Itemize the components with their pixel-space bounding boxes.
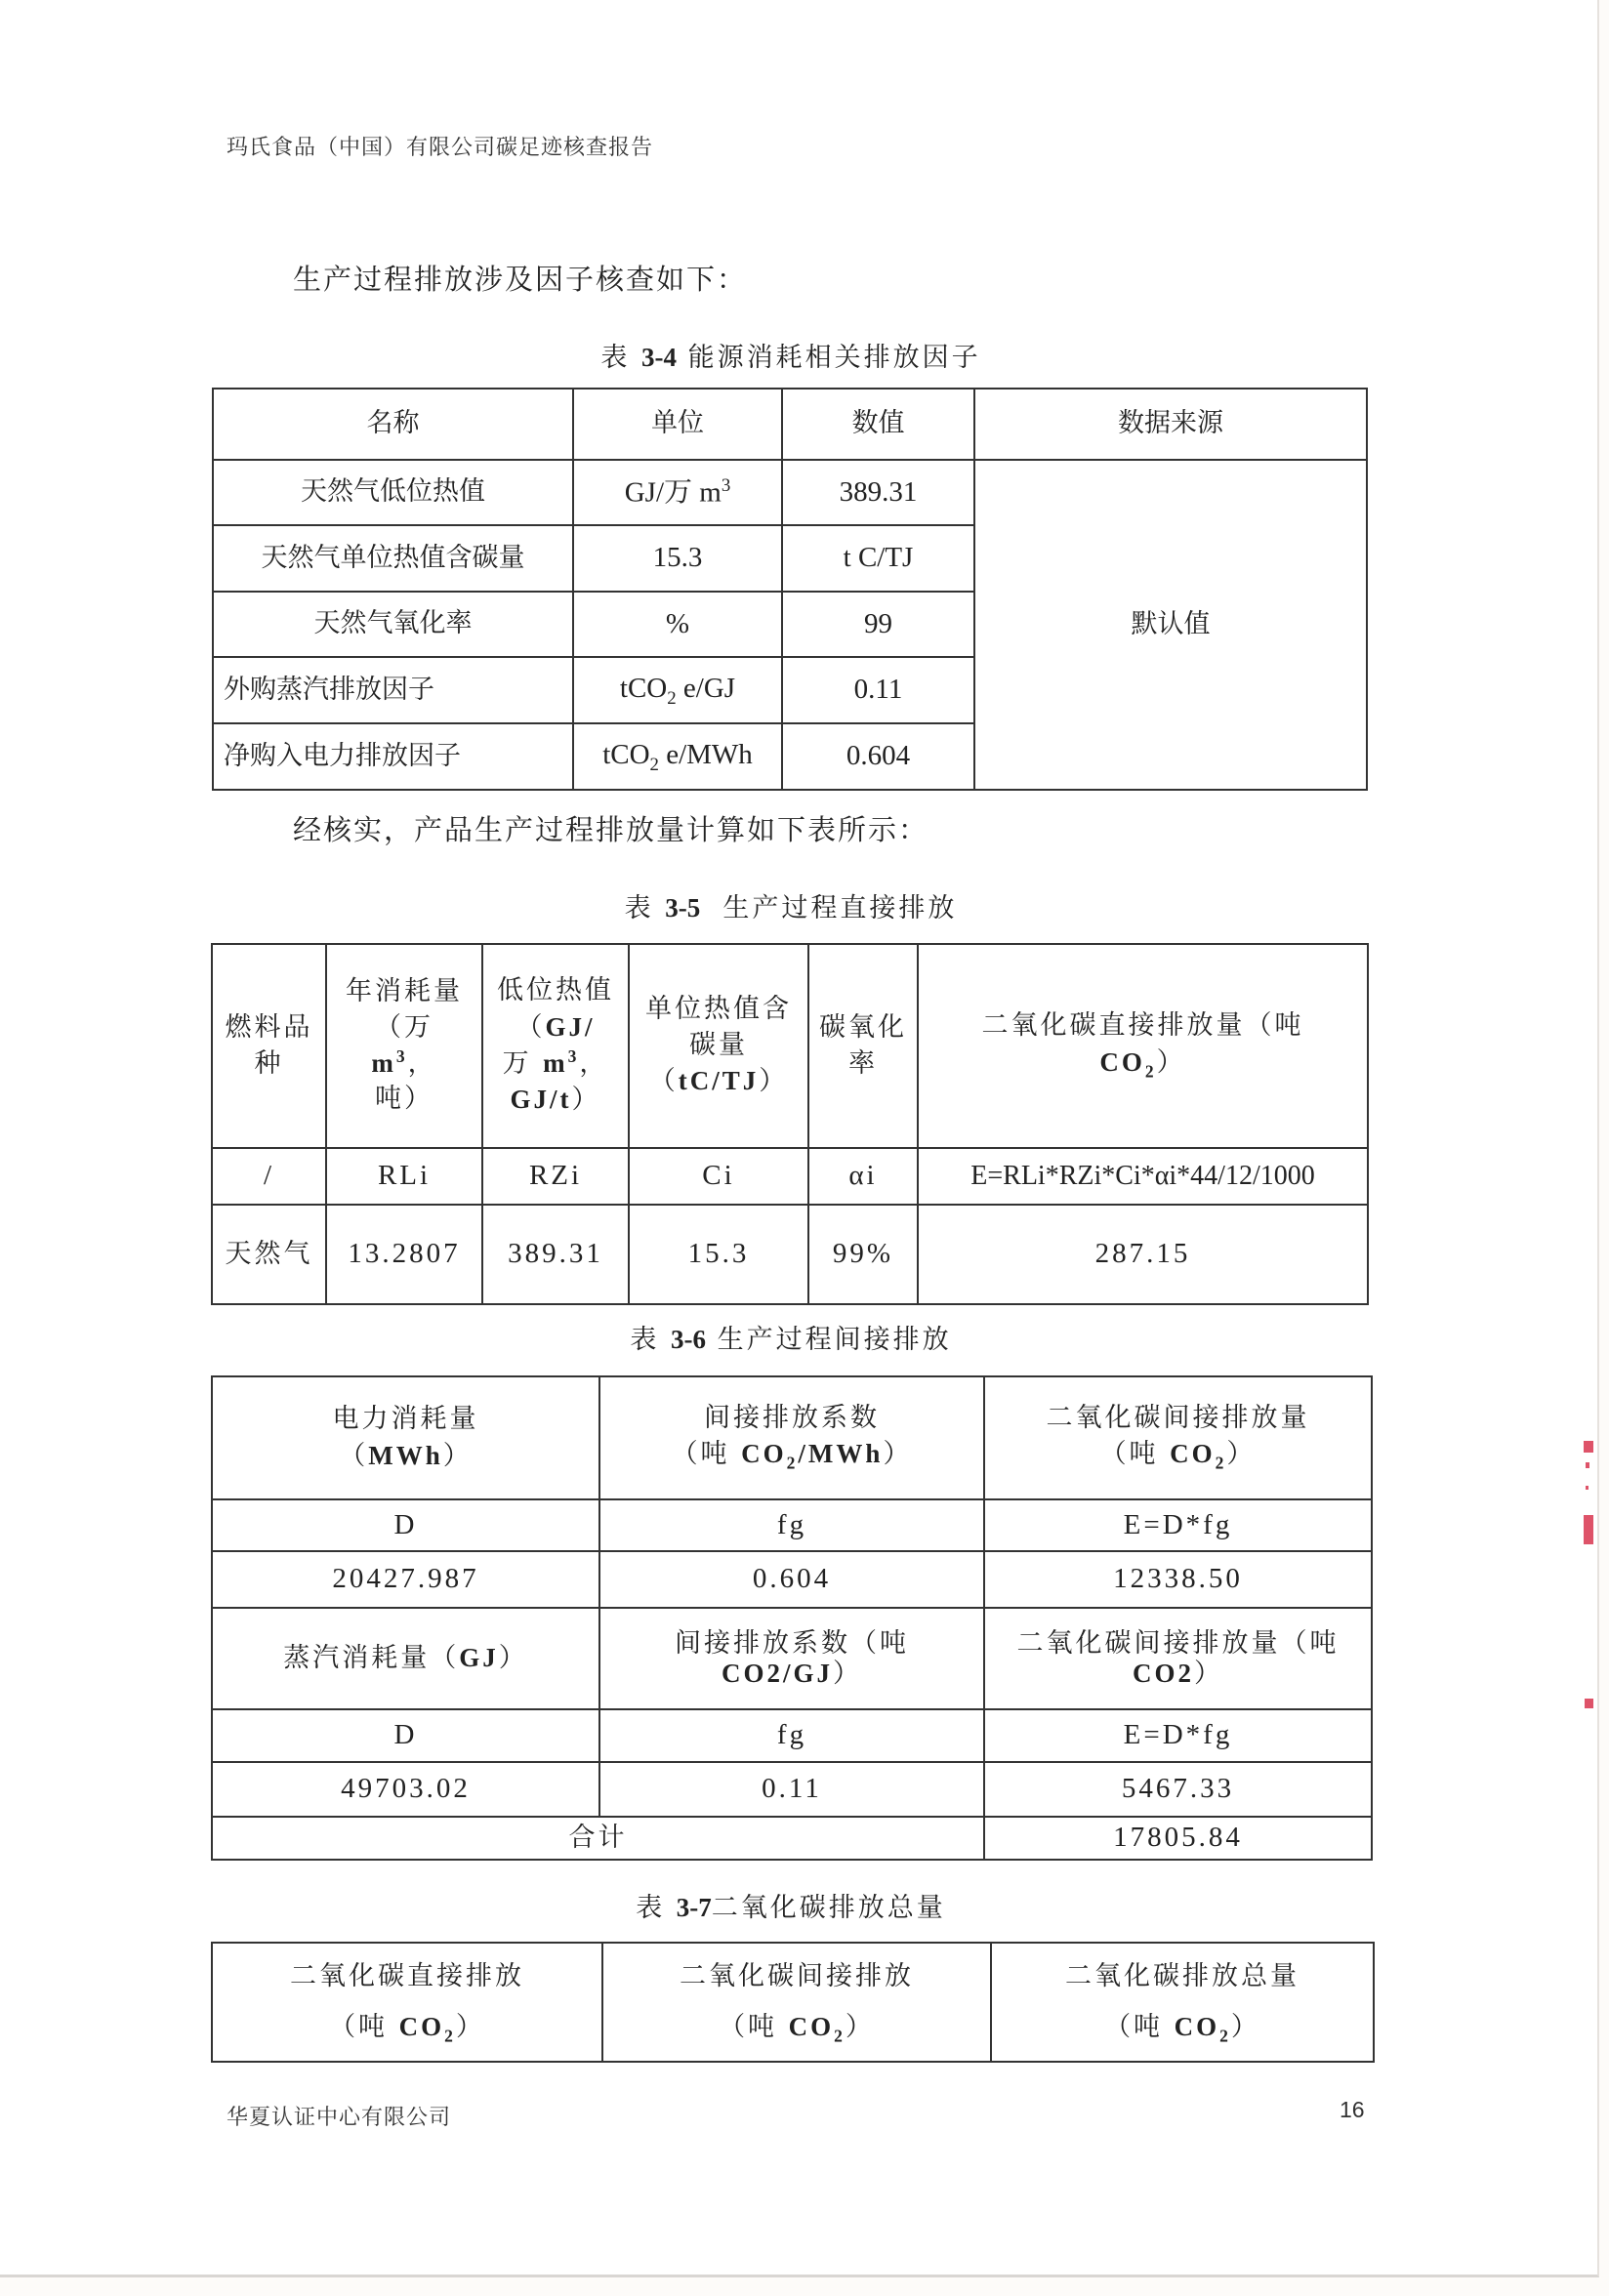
document-page: 玛氏食品（中国）有限公司碳足迹核查报告 生产过程排放涉及因子核查如下： 表 3-… bbox=[0, 0, 1599, 2277]
header-direct-emission: 二氧化碳直接排放（吨 CO2） bbox=[212, 1943, 602, 2062]
caption-title: 生产过程直接排放 bbox=[722, 893, 957, 923]
unit-cell: tCO2 e/MWh bbox=[573, 723, 782, 790]
value-cell: 0.604 bbox=[782, 723, 974, 790]
caption-number: 3-4 bbox=[641, 343, 677, 372]
value-cell: 389.31 bbox=[782, 460, 974, 525]
header-fuel: 燃料品种 bbox=[212, 944, 326, 1148]
unit-cell: GJ/万 m3 bbox=[573, 460, 782, 525]
formula-cell: E=RLi*RZi*Ci*αi*44/12/1000 bbox=[918, 1148, 1368, 1205]
symbol-cell: RZi bbox=[482, 1148, 629, 1205]
table-header-row: 二氧化碳直接排放（吨 CO2） 二氧化碳间接排放（吨 CO2） 二氧化碳排放总量… bbox=[212, 1943, 1374, 2062]
seal-mark bbox=[1585, 1699, 1593, 1708]
value-cell: 20427.987 bbox=[212, 1551, 599, 1608]
seal-mark bbox=[1586, 1462, 1589, 1468]
header-electricity-factor: 间接排放系数（吨 CO2/MWh） bbox=[599, 1376, 984, 1499]
name-cell: 净购入电力排放因子 bbox=[213, 723, 573, 790]
symbol-row: D fg E=D*fg bbox=[212, 1499, 1372, 1551]
header-cell: 单位 bbox=[573, 389, 782, 460]
footer-company: 华夏认证中心有限公司 bbox=[227, 2101, 451, 2131]
value-cell: 13.2807 bbox=[326, 1205, 482, 1304]
total-label: 合计 bbox=[212, 1817, 984, 1860]
value-cell: 5467.33 bbox=[984, 1762, 1372, 1817]
caption-prefix: 表 bbox=[625, 893, 654, 923]
header-electricity-consumption: 电力消耗量（MWh） bbox=[212, 1376, 599, 1499]
seal-mark bbox=[1584, 1515, 1593, 1544]
header-oxidation: 碳氧化率 bbox=[808, 944, 918, 1148]
header-steam-emission: 二氧化碳间接排放量（吨CO2） bbox=[984, 1608, 1372, 1709]
header-cell: 数值 bbox=[782, 389, 974, 460]
name-cell: 天然气单位热值含碳量 bbox=[213, 525, 573, 592]
seal-mark bbox=[1586, 1486, 1588, 1490]
table-3-6-caption: 表 3-6 生产过程间接排放 bbox=[547, 1318, 1035, 1356]
header-ncv: 低位热值（GJ/万 m3，GJ/t） bbox=[482, 944, 629, 1148]
caption-prefix: 表 bbox=[630, 1325, 659, 1355]
electricity-header-row: 电力消耗量（MWh） 间接排放系数（吨 CO2/MWh） 二氧化碳间接排放量（吨… bbox=[212, 1376, 1372, 1499]
table-row: 天然气低位热值 GJ/万 m3 389.31 默认值 bbox=[213, 460, 1367, 525]
value-cell: t C/TJ bbox=[782, 525, 974, 592]
table-3-4: 名称 单位 数值 数据来源 天然气低位热值 GJ/万 m3 389.31 默认值… bbox=[212, 388, 1368, 791]
fuel-cell: 天然气 bbox=[212, 1205, 326, 1304]
symbol-row: / RLi RZi Ci αi E=RLi*RZi*Ci*αi*44/12/10… bbox=[212, 1148, 1368, 1205]
table-header-row: 燃料品种 年消耗量（万m3，吨） 低位热值（GJ/万 m3，GJ/t） 单位热值… bbox=[212, 944, 1368, 1148]
caption-number: 3-5 bbox=[665, 893, 700, 922]
symbol-row: D fg E=D*fg bbox=[212, 1709, 1372, 1762]
value-cell: 0.604 bbox=[599, 1551, 984, 1608]
value-cell: 389.31 bbox=[482, 1205, 629, 1304]
header-cell: 名称 bbox=[213, 389, 573, 460]
header-steam-consumption: 蒸汽消耗量（GJ） bbox=[212, 1608, 599, 1709]
table-row: 天然气 13.2807 389.31 15.3 99% 287.15 bbox=[212, 1205, 1368, 1304]
value-cell: 99 bbox=[782, 592, 974, 657]
value-cell: 0.11 bbox=[599, 1762, 984, 1817]
symbol-cell: fg bbox=[599, 1499, 984, 1551]
header-consumption: 年消耗量（万m3，吨） bbox=[326, 944, 482, 1148]
symbol-cell: fg bbox=[599, 1709, 984, 1762]
table-3-6: 电力消耗量（MWh） 间接排放系数（吨 CO2/MWh） 二氧化碳间接排放量（吨… bbox=[211, 1375, 1373, 1861]
caption-title: 能源消耗相关排放因子 bbox=[688, 343, 981, 373]
total-value: 17805.84 bbox=[984, 1817, 1372, 1860]
formula-cell: E=D*fg bbox=[984, 1709, 1372, 1762]
header-steam-factor: 间接排放系数（吨CO2/GJ） bbox=[599, 1608, 984, 1709]
unit-cell: tCO2 e/GJ bbox=[573, 657, 782, 723]
value-cell: 287.15 bbox=[918, 1205, 1368, 1304]
source-cell: 默认值 bbox=[974, 460, 1367, 790]
table-3-5-caption: 表 3-5 生产过程直接排放 bbox=[547, 886, 1035, 924]
table-row: 20427.987 0.604 12338.50 bbox=[212, 1551, 1372, 1608]
table-3-7-caption: 表 3-7二氧化碳排放总量 bbox=[547, 1886, 1035, 1924]
steam-header-row: 蒸汽消耗量（GJ） 间接排放系数（吨CO2/GJ） 二氧化碳间接排放量（吨CO2… bbox=[212, 1608, 1372, 1709]
table-header-row: 名称 单位 数值 数据来源 bbox=[213, 389, 1367, 460]
symbol-cell: D bbox=[212, 1709, 599, 1762]
caption-title: 生产过程间接排放 bbox=[718, 1325, 952, 1355]
verified-text: 经核实，产品生产过程排放量计算如下表所示： bbox=[293, 808, 928, 848]
seal-mark bbox=[1584, 1441, 1593, 1453]
symbol-cell: D bbox=[212, 1499, 599, 1551]
value-cell: 12338.50 bbox=[984, 1551, 1372, 1608]
value-cell: 15.3 bbox=[629, 1205, 808, 1304]
name-cell: 天然气氧化率 bbox=[213, 592, 573, 657]
name-cell: 天然气低位热值 bbox=[213, 460, 573, 525]
header-total-emission: 二氧化碳排放总量（吨 CO2） bbox=[991, 1943, 1374, 2062]
page-number: 16 bbox=[1340, 2097, 1365, 2123]
header-carbon-content: 单位热值含碳量（tC/TJ） bbox=[629, 944, 808, 1148]
value-cell: 0.11 bbox=[782, 657, 974, 723]
name-cell: 外购蒸汽排放因子 bbox=[213, 657, 573, 723]
symbol-cell: Ci bbox=[629, 1148, 808, 1205]
symbol-cell: / bbox=[212, 1148, 326, 1205]
value-cell: 99% bbox=[808, 1205, 918, 1304]
caption-number: 3-7 bbox=[677, 1893, 712, 1922]
formula-cell: E=D*fg bbox=[984, 1499, 1372, 1551]
caption-number: 3-6 bbox=[671, 1325, 706, 1354]
header-electricity-emission: 二氧化碳间接排放量（吨 CO2） bbox=[984, 1376, 1372, 1499]
intro-text: 生产过程排放涉及因子核查如下： bbox=[293, 258, 747, 298]
report-header: 玛氏食品（中国）有限公司碳足迹核查报告 bbox=[227, 131, 653, 161]
unit-cell: 15.3 bbox=[573, 525, 782, 592]
table-3-4-caption: 表 3-4 能源消耗相关排放因子 bbox=[508, 336, 1074, 374]
header-indirect-emission: 二氧化碳间接排放（吨 CO2） bbox=[602, 1943, 991, 2062]
header-cell: 数据来源 bbox=[974, 389, 1367, 460]
table-3-5: 燃料品种 年消耗量（万m3，吨） 低位热值（GJ/万 m3，GJ/t） 单位热值… bbox=[211, 943, 1369, 1305]
caption-prefix: 表 bbox=[636, 1893, 665, 1923]
caption-prefix: 表 bbox=[600, 343, 630, 373]
header-direct-emission: 二氧化碳直接排放量（吨CO2） bbox=[918, 944, 1368, 1148]
total-row: 合计 17805.84 bbox=[212, 1817, 1372, 1860]
symbol-cell: RLi bbox=[326, 1148, 482, 1205]
symbol-cell: αi bbox=[808, 1148, 918, 1205]
value-cell: 49703.02 bbox=[212, 1762, 599, 1817]
caption-title: 二氧化碳排放总量 bbox=[712, 1893, 946, 1923]
table-3-7: 二氧化碳直接排放（吨 CO2） 二氧化碳间接排放（吨 CO2） 二氧化碳排放总量… bbox=[211, 1942, 1375, 2063]
unit-cell: % bbox=[573, 592, 782, 657]
table-row: 49703.02 0.11 5467.33 bbox=[212, 1762, 1372, 1817]
